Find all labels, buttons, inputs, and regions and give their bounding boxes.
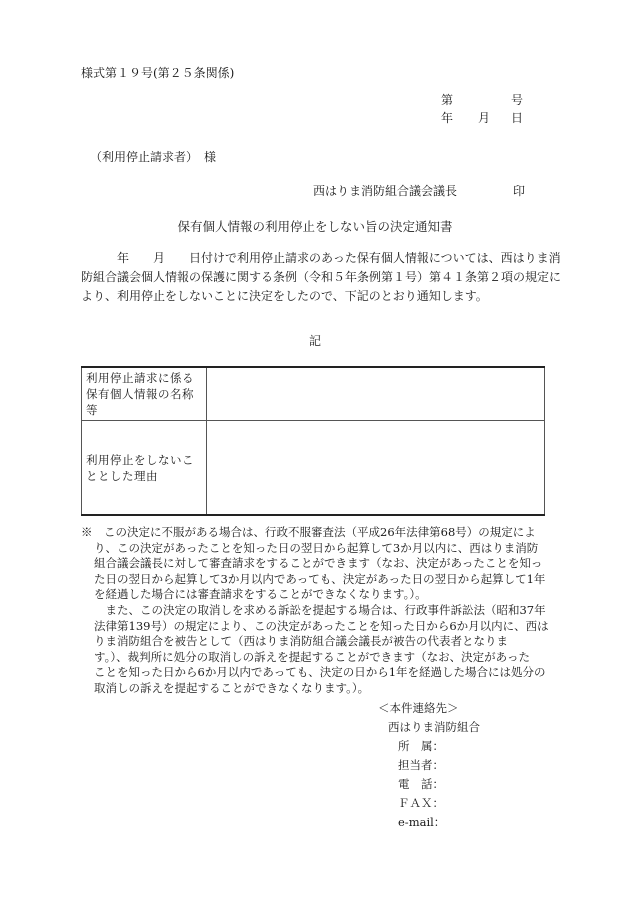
contact-organization: 西はりま消防組合 xyxy=(388,719,480,735)
seal-mark: 印 xyxy=(513,182,525,199)
row-label-reason: 利用停止をしないこととした理由 xyxy=(82,421,207,516)
date-month: 月 xyxy=(478,109,490,126)
number-prefix: 第 xyxy=(441,91,453,108)
appeal-notes: ※ この決定に不服がある場合は、行政不服審査法（平成26年法律第68号）の規定に… xyxy=(81,525,551,697)
date-day: 日 xyxy=(511,109,523,126)
contact-field-department: 所 属： xyxy=(398,738,444,754)
ki-heading: 記 xyxy=(0,332,630,349)
table-row: 利用停止をしないこととした理由 xyxy=(82,421,545,516)
note-line: ※ この決定に不服がある場合は、行政不服審査法（平成26年法律第68号）の規定に… xyxy=(81,525,551,541)
note-line: り、この決定があったことを知った日の翌日から起算して3か月以内に、西はりま消防 xyxy=(81,541,551,557)
row-value-reason xyxy=(207,421,545,516)
body-paragraph: 年 月 日付けで利用停止請求のあった保有個人情報については、西はりま消 防組合議… xyxy=(81,249,547,306)
addressee: （利用停止請求者） 様 xyxy=(90,148,216,165)
contact-heading: ＜本件連絡先＞ xyxy=(378,700,459,716)
sender-name: 西はりま消防組合議会議長 xyxy=(313,182,457,199)
note-line: また、この決定の取消しを求める訴訟を提起する場合は、行政事件訴訟法（昭和37年 xyxy=(81,603,551,619)
note-line: 法律第139号）の規定により、この決定があったことを知った日から6か月以内に、西… xyxy=(81,619,551,635)
row-value-info-name xyxy=(207,367,545,421)
table-row: 利用停止請求に係る保有個人情報の名称等 xyxy=(82,367,545,421)
row-label-info-name: 利用停止請求に係る保有個人情報の名称等 xyxy=(82,367,207,421)
number-suffix: 号 xyxy=(511,91,523,108)
form-number: 様式第１９号(第２５条関係) xyxy=(81,64,234,81)
contact-field-person: 担当者： xyxy=(398,757,444,773)
body-line: より、利用停止をしないことに決定をしたので、下記のとおり通知します。 xyxy=(81,287,547,306)
body-line: 防組合議会個人情報の保護に関する条例（令和５年条例第１号）第４１条第２項の規定に xyxy=(81,268,547,287)
note-line: す。）、裁判所に処分の取消しの訴えを提起することができます（なお、決定があった xyxy=(81,650,551,666)
contact-field-phone: 電 話： xyxy=(398,776,444,792)
body-line: 年 月 日付けで利用停止請求のあった保有個人情報については、西はりま消 xyxy=(81,249,547,268)
date-year: 年 xyxy=(441,109,453,126)
contact-field-email: e-mail： xyxy=(398,814,445,830)
note-line: ことを知った日から6か月以内であっても、決定の日から1年を経過した場合には処分の xyxy=(81,665,551,681)
note-line: 取消しの訴えを提起することができなくなります。）。 xyxy=(81,681,551,697)
note-line: 組合議会議長に対して審査請求をすることができます（なお、決定があったことを知っ xyxy=(81,556,551,572)
note-line: りま消防組合を被告として（西はりま消防組合議会議長が被告の代表者となりま xyxy=(81,634,551,650)
note-line: を経過した場合には審査請求をすることができなくなります。）。 xyxy=(81,587,551,603)
note-line: た日の翌日から起算して3か月以内であっても、決定があった日の翌日から起算して1年 xyxy=(81,572,551,588)
document-title: 保有個人情報の利用停止をしない旨の決定通知書 xyxy=(0,217,630,235)
info-table: 利用停止請求に係る保有個人情報の名称等 利用停止をしないこととした理由 xyxy=(81,366,545,516)
contact-field-fax: ＦＡＸ： xyxy=(398,795,444,811)
